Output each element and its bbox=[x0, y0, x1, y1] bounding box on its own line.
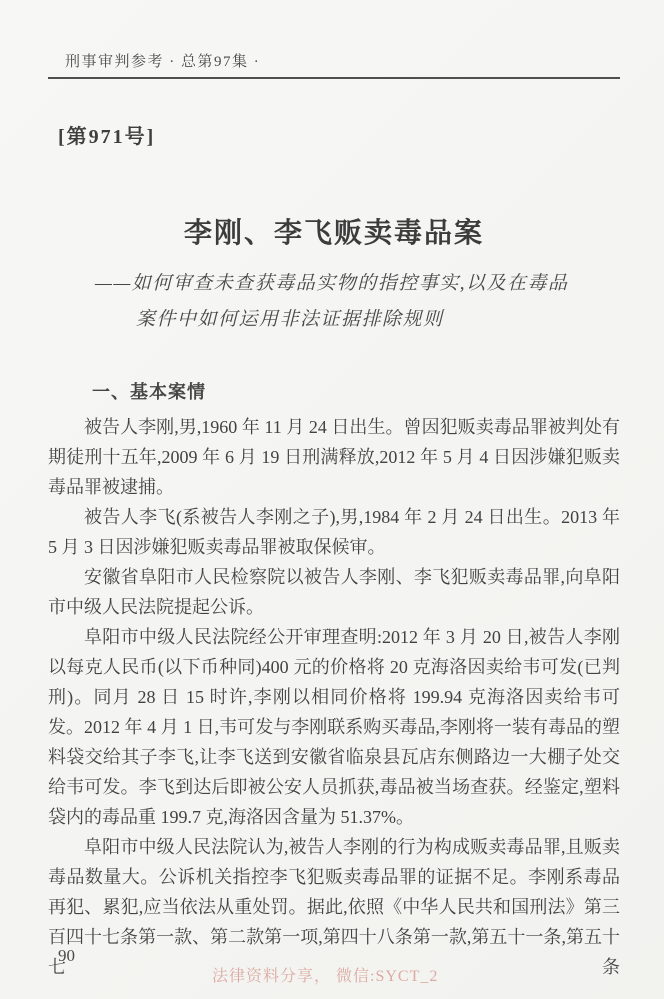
paragraph-court-opinion: 阜阳市中级人民法院认为,被告人李刚的行为构成贩卖毒品罪,且贩卖毒品数量大。公诉机… bbox=[48, 832, 620, 982]
paragraph-prosecution: 安徽省阜阳市人民检察院以被告人李刚、李飞犯贩卖毒品罪,向阜阳市中级人民法院提起公… bbox=[48, 562, 620, 622]
paragraph-defendant-ligang: 被告人李刚,男,1960 年 11 月 24 日出生。曾因犯贩卖毒品罪被判处有期… bbox=[48, 412, 620, 502]
running-head: 刑事审判参考 · 总第97集 · bbox=[65, 50, 260, 71]
body-text: 被告人李刚,男,1960 年 11 月 24 日出生。曾因犯贩卖毒品罪被判处有期… bbox=[48, 412, 620, 982]
scanned-book-page: 刑事审判参考 · 总第97集 · [第971号] 李刚、李飞贩卖毒品案 ——如何… bbox=[0, 0, 664, 999]
watermark-text: 法律资料分享， 微信:SYCT_2 bbox=[212, 963, 438, 986]
page-number: 90 bbox=[58, 946, 75, 966]
paragraph-defendant-lifei: 被告人李飞(系被告人李刚之子),男,1984 年 2 月 24 日出生。2013… bbox=[48, 502, 620, 562]
header-rule bbox=[48, 77, 620, 79]
case-title: 李刚、李飞贩卖毒品案 bbox=[48, 211, 620, 251]
case-subtitle-line-2: 案件中如何运用非法证据排除规则 bbox=[136, 304, 444, 331]
case-subtitle-line-1: ——如何审查未查获毒品实物的指控事实,以及在毒品 bbox=[95, 268, 569, 295]
paragraph-court-findings: 阜阳市中级人民法院经公开审理查明:2012 年 3 月 20 日,被告人李刚以每… bbox=[48, 622, 620, 832]
section-heading-basic-facts: 一、基本案情 bbox=[92, 378, 206, 404]
case-number: [第971号] bbox=[58, 120, 155, 149]
